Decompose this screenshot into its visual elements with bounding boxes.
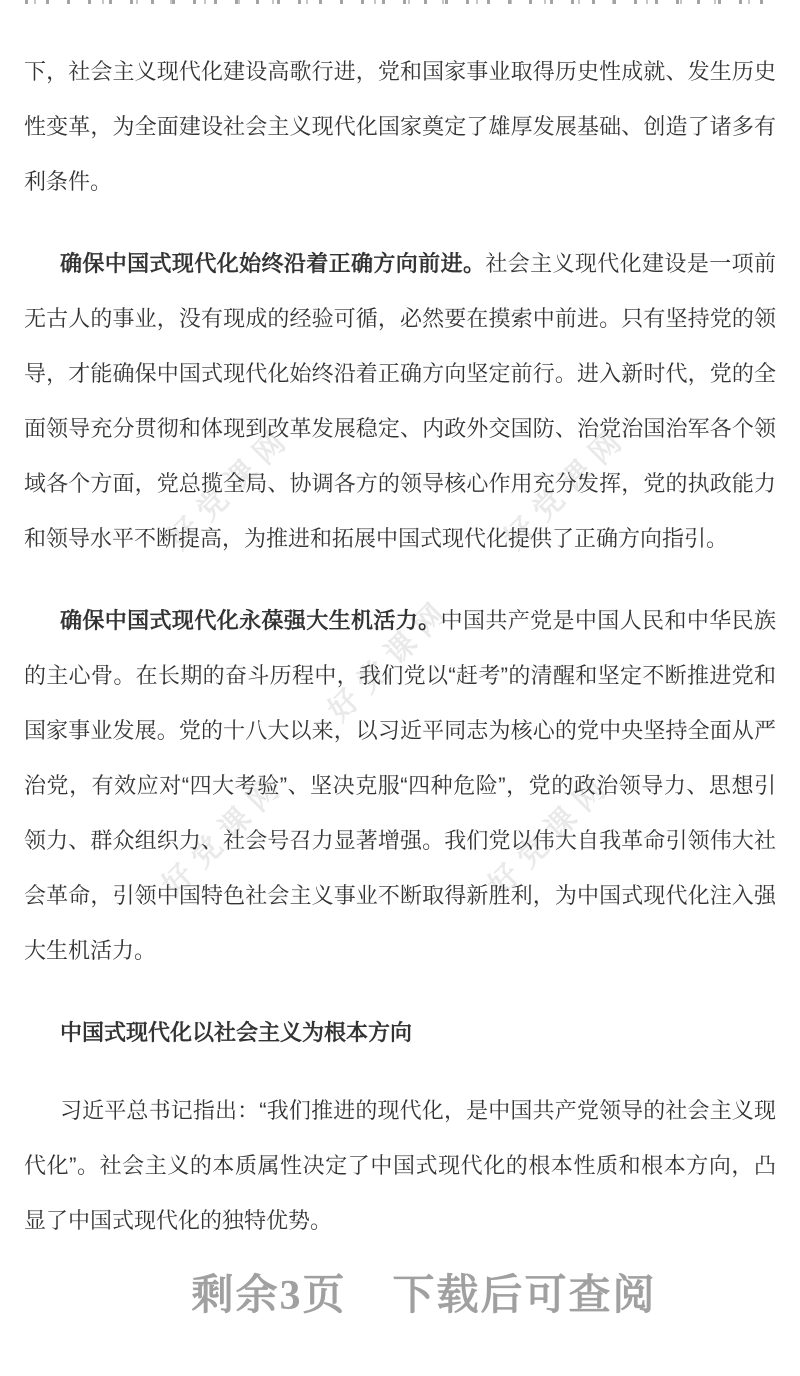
- paragraph-continuation: 下，社会主义现代化建设高歌行进，党和国家事业取得历史性成就、发生历史性变革，为全…: [24, 44, 776, 209]
- paragraph-bold-lead: 确保中国式现代化永葆强大生机活力。: [60, 608, 441, 633]
- paragraph-text: 中国共产党是中国人民和中华民族的主心骨。在长期的奋斗历程中，我们党以“赶考”的清…: [24, 608, 776, 963]
- section-heading: 中国式现代化以社会主义为根本方向: [24, 1005, 776, 1060]
- paragraph-text: 习近平总书记指出：“我们推进的现代化，是中国共产党领导的社会主义现代化”。社会主…: [24, 1098, 776, 1233]
- paragraph: 确保中国式现代化永葆强大生机活力。中国共产党是中国人民和中华民族的主心骨。在长期…: [24, 593, 776, 978]
- paragraph: 确保中国式现代化始终沿着正确方向前进。社会主义现代化建设是一项前无古人的事业，没…: [24, 236, 776, 566]
- paragraph-bold-lead: 确保中国式现代化始终沿着正确方向前进。: [60, 251, 485, 276]
- document-body: 下，社会主义现代化建设高歌行进，党和国家事业取得历史性成就、发生历史性变革，为全…: [24, 44, 776, 1275]
- paragraph: 习近平总书记指出：“我们推进的现代化，是中国共产党领导的社会主义现代化”。社会主…: [24, 1083, 776, 1248]
- clipped-text-remnants: [25, 0, 775, 4]
- remaining-pages-banner: 剩余3页下载后可查阅: [24, 1272, 800, 1320]
- paragraph-text: 社会主义现代化建设是一项前无古人的事业，没有现成的经验可循，必然要在摸索中前进。…: [24, 251, 776, 551]
- paragraph-text: 下，社会主义现代化建设高歌行进，党和国家事业取得历史性成就、发生历史性变革，为全…: [24, 59, 776, 194]
- remaining-pages-label: 剩余3页: [191, 1273, 346, 1319]
- download-hint-label: 下载后可查阅: [393, 1273, 657, 1319]
